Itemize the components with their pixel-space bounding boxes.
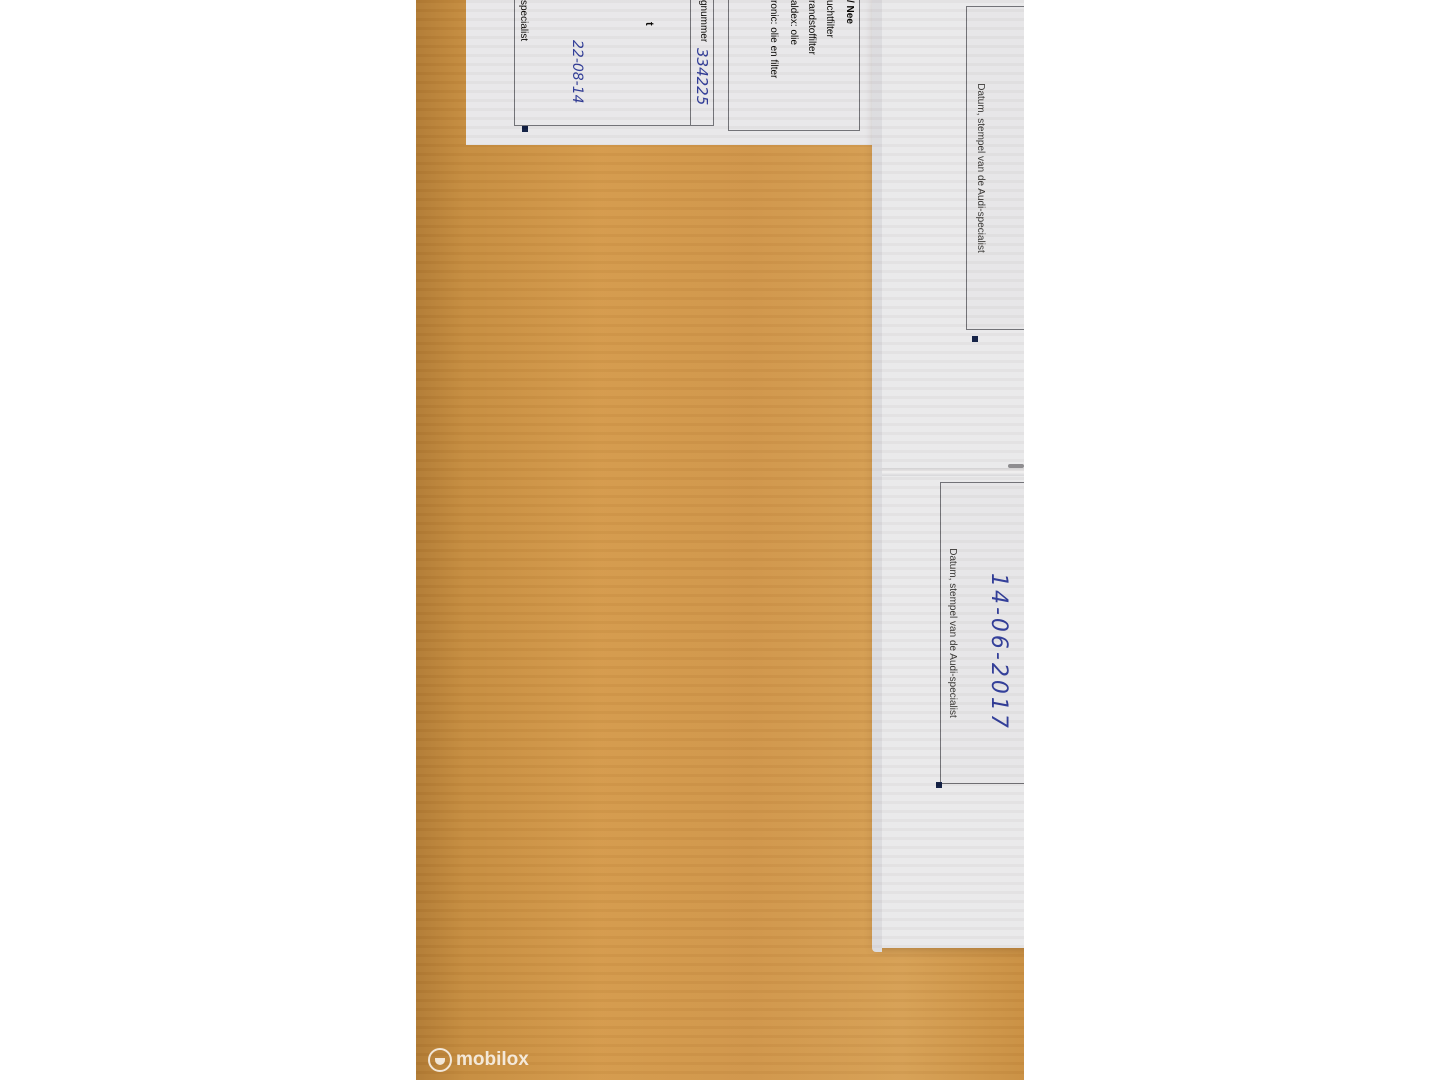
left-page: Bewijs van uitgevoerde servicebeurten Au… bbox=[882, 0, 1024, 468]
photo-background: ervicebeurten / Nee uchtfilter randstoff… bbox=[416, 0, 1024, 1080]
prev-invoice-value: 334225 bbox=[693, 48, 711, 105]
prev-display-label: t bbox=[643, 22, 655, 26]
prev-footer: specialist bbox=[518, 0, 529, 41]
mobilox-logo-icon bbox=[428, 1048, 452, 1072]
booklet-page-edges bbox=[872, 0, 882, 952]
right-stamp-box: Km-stand 133011 Rekeningnummer Mobilitei… bbox=[940, 482, 1024, 784]
left-stamp-box: Km-stand Rekeningnummer Mobiliteitsgaran… bbox=[966, 6, 1024, 330]
right-page: Bewijs van uitgevoerde servicebeurten 23… bbox=[882, 476, 1024, 948]
prev-stamp-box: gnummer 334225 t 22-08-14 specialist bbox=[514, 0, 714, 126]
service-booklet: Bewijs van uitgevoerde servicebeurten Au… bbox=[882, 0, 1024, 948]
prev-extra-box: / Nee uchtfilter randstoffilter aldex: o… bbox=[728, 0, 860, 131]
watermark: mobilox bbox=[428, 1048, 529, 1072]
stamp-footer: Datum, stempel van de Audi-specialist bbox=[947, 483, 958, 783]
booklet-fold bbox=[882, 468, 1024, 476]
prev-date-value: 22-08-14 bbox=[569, 40, 585, 104]
prev-item-luchtfilter: uchtfilter bbox=[824, 0, 835, 38]
prev-item-stronic: ronic: olie en filter bbox=[768, 0, 779, 78]
stamp-footer: Datum, stempel van de Audi-specialist bbox=[975, 7, 986, 329]
prev-item-brandstoffilter: randstoffilter bbox=[806, 0, 817, 55]
watermark-text: mobilox bbox=[456, 1049, 529, 1071]
right-corner-mark bbox=[936, 782, 942, 788]
prev-corner-mark bbox=[522, 126, 528, 132]
prev-invoice-divider bbox=[690, 0, 691, 125]
date-value: 14-06-2017 bbox=[986, 573, 1011, 731]
prev-yesno: / Nee bbox=[844, 0, 855, 24]
prev-item-haldex: aldex: olie bbox=[788, 0, 799, 45]
prev-invoice-label: gnummer bbox=[698, 0, 709, 42]
left-corner-mark bbox=[972, 336, 978, 342]
